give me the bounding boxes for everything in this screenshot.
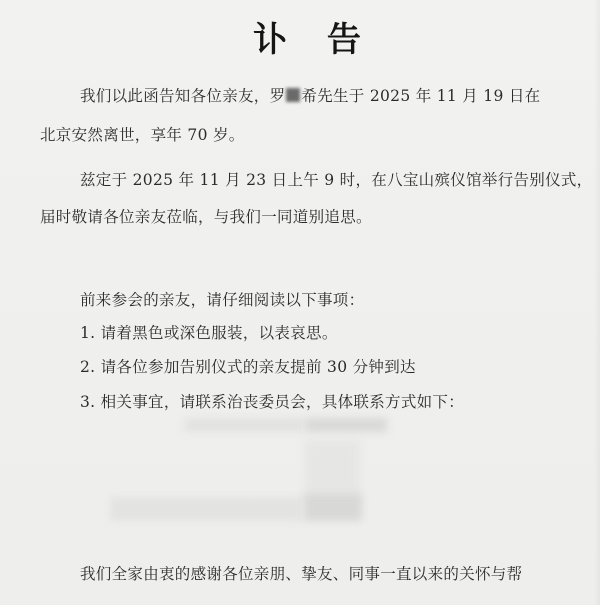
- notice-item-3: 3. 相关事宜，请联系治丧委员会，具体联系方式如下：: [80, 392, 464, 412]
- notice-item-1: 1. 请着黑色或深色服装，以表哀思。: [80, 323, 338, 343]
- notice-intro: 前来参会的亲友，请仔细阅读以下事项：: [80, 290, 364, 310]
- closing-line: 我们全家由衷的感谢各位亲朋、挚友、同事一直以来的关怀与帮: [80, 564, 522, 584]
- paragraph-1-line-1: 我们以此函告知各位亲友，罗希先生于 2025 年 11 月 19 日在: [80, 86, 540, 106]
- paragraph-2-line-1: 兹定于 2025 年 11 月 23 日上午 9 时，在八宝山殡仪馆举行告别仪式…: [80, 170, 592, 190]
- page-edge-shadow: [594, 0, 600, 605]
- document-title: 讣 告: [0, 12, 600, 61]
- notice-item-2: 2. 请各位参加告别仪式的亲友提前 30 分钟到达: [80, 357, 416, 377]
- paragraph-1-prefix: 我们以此函告知各位亲友，罗: [80, 87, 285, 105]
- redacted-name-character: [286, 88, 300, 102]
- paragraph-2-line-2: 届时敬请各位亲友莅临，与我们一同道别追思。: [40, 207, 372, 227]
- paragraph-1-suffix: 希先生于 2025 年 11 月 19 日在: [301, 87, 540, 105]
- obituary-page: 讣 告 我们以此函告知各位亲友，罗希先生于 2025 年 11 月 19 日在 …: [0, 0, 600, 605]
- paragraph-1-line-2: 北京安然离世，享年 70 岁。: [40, 125, 245, 145]
